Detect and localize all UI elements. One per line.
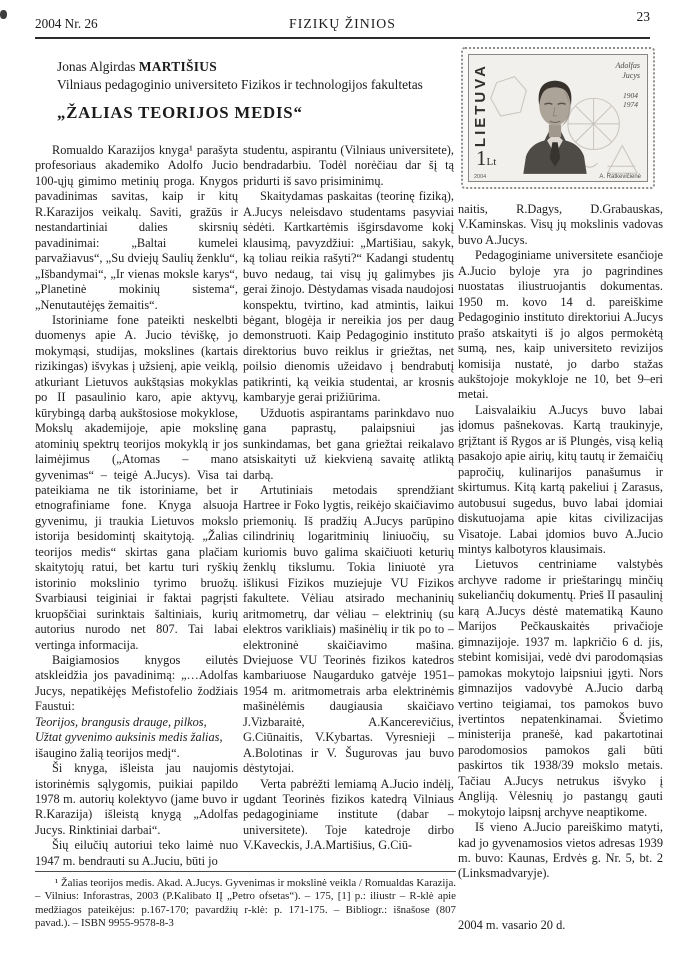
paragraph: Teorijos, brangusis drauge, pilkos, xyxy=(35,715,238,730)
header-rule xyxy=(35,37,650,39)
issue-label: 2004 Nr. 26 xyxy=(35,16,98,32)
stamp-person-name: Adolfas Jucys xyxy=(616,61,640,81)
paragraph: Šių eilučių autoriui teko laimė nuo 1947… xyxy=(35,838,238,869)
portrait-image xyxy=(511,61,599,182)
stamp-issue-year: 2004 xyxy=(474,174,486,180)
paragraph: Laisvalaikiu A.Jucys buvo labai įdomus p… xyxy=(458,403,663,558)
scan-artifact xyxy=(0,10,7,19)
stamp-designer-name: A. Ratkevičienė xyxy=(599,174,641,180)
running-header: 2004 Nr. 26 FIZIKŲ ŽINIOS 23 xyxy=(35,16,650,32)
paragraph: Verta pabrėžti lemiamą A.Jucio indėlį, u… xyxy=(243,777,454,854)
article-column-left: Romualdo Karazijos knyga¹ parašyta profe… xyxy=(35,143,238,872)
author-given-name: Jonas Algirdas xyxy=(57,59,139,74)
author-block: Jonas Algirdas MARTIŠIUS Vilniaus pedago… xyxy=(57,58,423,93)
paragraph: Pedagoginiame universitete esančioje A.J… xyxy=(458,248,663,403)
paragraph: Baigiamosios knygos eilutės atskleidžia … xyxy=(35,653,238,715)
paragraph: Užduotis aspirantams parinkdavo nuo gana… xyxy=(243,406,454,483)
postage-stamp: LIETUVA Adolfas Jucys 1904 1974 1Lt 2004… xyxy=(461,47,655,189)
paragraph: Užtat gyvenimo auksinis medis žalias, xyxy=(35,730,238,745)
paragraph: Artutiniais metodais sprendžiant Hartree… xyxy=(243,483,454,777)
stamp-country-label: LIETUVA xyxy=(472,63,489,147)
paragraph: naitis, R.Dagys, D.Grabauskas, V.Kaminsk… xyxy=(458,202,663,248)
page-number: 23 xyxy=(637,9,651,25)
paragraph: išaugino žalią teorijos medį“. xyxy=(35,746,238,761)
stamp-life-years: 1904 1974 xyxy=(623,91,638,109)
paragraph: Skaitydamas paskaitas (teorinę fiziką), … xyxy=(243,189,454,405)
stamp-denomination: 1Lt xyxy=(476,146,496,171)
paragraph: Ši knyga, išleista jau naujomis istorinė… xyxy=(35,761,238,838)
author-affiliation: Vilniaus pedagoginio universiteto Fiziko… xyxy=(57,76,423,94)
stamp-denomination-value: 1 xyxy=(476,146,487,170)
paragraph: Romualdo Karazijos knyga¹ parašyta profe… xyxy=(35,143,238,313)
author-name: Jonas Algirdas MARTIŠIUS xyxy=(57,58,423,76)
author-surname: MARTIŠIUS xyxy=(139,59,217,74)
footnote-block: ¹ Žalias teorijos medis. Akad. A.Jucys. … xyxy=(35,871,456,931)
article-column-middle: studentu, aspirantu (Vilniaus universite… xyxy=(243,143,454,872)
footnote-text: ¹ Žalias teorijos medis. Akad. A.Jucys. … xyxy=(35,877,456,931)
stamp-image: LIETUVA Adolfas Jucys 1904 1974 1Lt 2004… xyxy=(468,54,648,182)
paragraph: Iš vieno A.Jucio pareiškimo matyti, kad … xyxy=(458,820,663,882)
stamp-denomination-unit: Lt xyxy=(487,156,497,168)
journal-page: 2004 Nr. 26 FIZIKŲ ŽINIOS 23 Jonas Algir… xyxy=(0,0,680,962)
paragraph: studentu, aspirantu (Vilniaus universite… xyxy=(243,143,454,189)
paragraph: Istoriniame fone pateikti neskelbti duom… xyxy=(35,313,238,653)
article-title: „ŽALIAS TEORIJOS MEDIS“ xyxy=(57,103,303,123)
article-column-right: naitis, R.Dagys, D.Grabauskas, V.Kaminsk… xyxy=(458,202,663,914)
journal-title: FIZIKŲ ŽINIOS xyxy=(289,16,396,32)
paragraph: Lietuvos centriniame valstybės archyve r… xyxy=(458,557,663,820)
date-line: 2004 m. vasario 20 d. xyxy=(458,918,565,933)
